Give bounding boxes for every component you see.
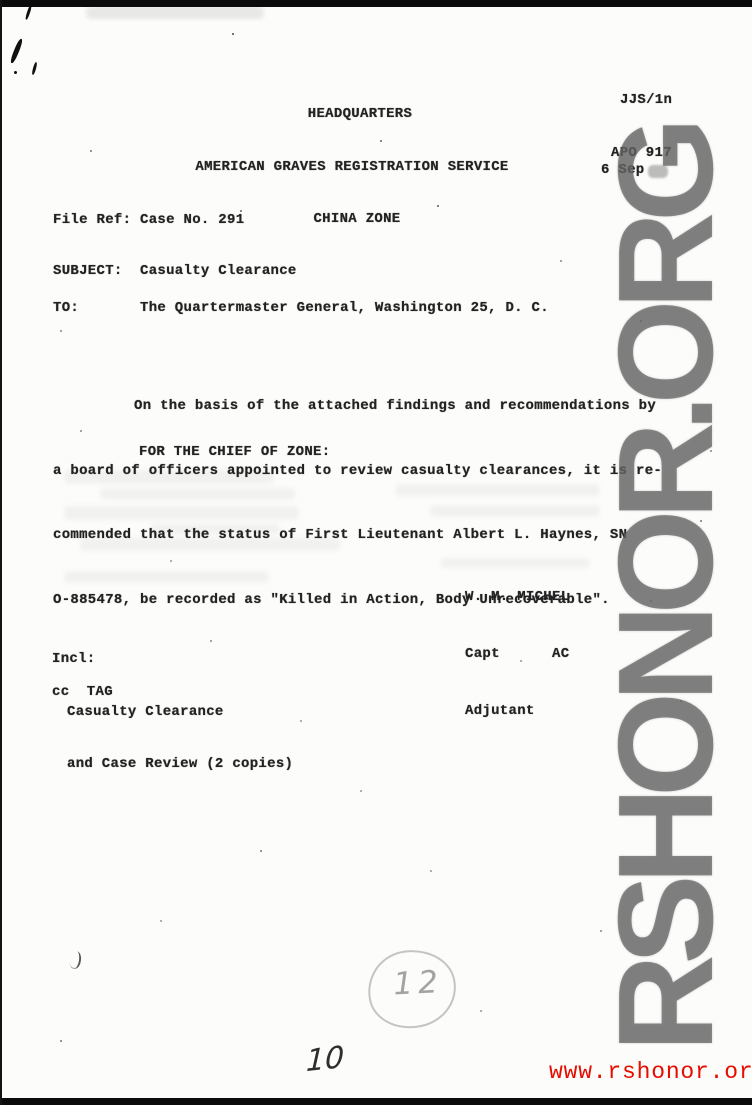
signature-name: W. M. MICHEL: [465, 588, 569, 607]
subject-label: SUBJECT:: [53, 263, 140, 279]
file-ref-value: Case No. 291: [140, 212, 244, 228]
watermark-vertical-text: RSHONOR.ORG: [598, 127, 733, 1052]
paragraph-line: a board of officers appointed to review …: [53, 461, 662, 483]
body-paragraph: On the basis of the attached findings an…: [53, 353, 662, 654]
ink-mark: [9, 38, 23, 64]
to-label: TO:: [53, 300, 140, 316]
enclosure-block: Incl: Casualty Clearance and Case Review…: [52, 616, 293, 809]
scan-border-bottom: [0, 1098, 752, 1105]
enclosure-line: and Case Review (2 copies): [67, 756, 293, 774]
authority-line: FOR THE CHIEF OF ZONE:: [139, 444, 330, 460]
ink-mark: [25, 5, 32, 20]
scan-border-top: [0, 0, 752, 7]
paragraph-line: On the basis of the attached findings an…: [53, 396, 662, 418]
file-ref-label: File Ref:: [53, 212, 140, 228]
typist-initials: JJS/1n: [620, 92, 672, 108]
paragraph-line: commended that the status of First Lieut…: [53, 525, 662, 547]
handwritten-page-number: 10: [305, 1040, 344, 1079]
pencil-smudge: [86, 6, 264, 19]
ink-mark: [14, 71, 17, 74]
subject-value: Casualty Clearance: [140, 263, 297, 279]
enclosure-line: Casualty Clearance: [67, 704, 293, 722]
letterhead-line2: AMERICAN GRAVES REGISTRATION SERVICE: [172, 159, 532, 177]
file-ref-row: File Ref: Case No. 291: [53, 212, 473, 228]
letterhead-line1: HEADQUARTERS: [188, 106, 532, 124]
letterhead: HEADQUARTERS AMERICAN GRAVES REGISTRATIO…: [172, 71, 532, 264]
enclosure-label: Incl:: [52, 651, 293, 669]
circled-number: 12: [392, 964, 443, 1003]
ink-mark: [31, 62, 37, 75]
pen-squiggle: [69, 950, 82, 969]
cc-line: cc TAG: [52, 684, 113, 700]
footer-site-url: www.rshonor.org: [549, 1059, 752, 1085]
subject-row: SUBJECT: Casualty Clearance: [53, 263, 473, 279]
to-value: The Quartermaster General, Washington 25…: [140, 300, 549, 316]
signature-block: W. M. MICHEL Capt AC Adjutant: [465, 550, 569, 759]
paragraph-line: O-885478, be recorded as "Killed in Acti…: [53, 590, 662, 612]
scanned-document-page: HEADQUARTERS AMERICAN GRAVES REGISTRATIO…: [0, 0, 752, 1105]
signature-rank-line: Capt AC: [465, 645, 569, 664]
circled-page-stamp: 12: [364, 945, 461, 1033]
to-row: TO: The Quartermaster General, Washingto…: [53, 300, 673, 316]
scan-border-left: [0, 0, 2, 1105]
signature-title: Adjutant: [465, 702, 569, 721]
